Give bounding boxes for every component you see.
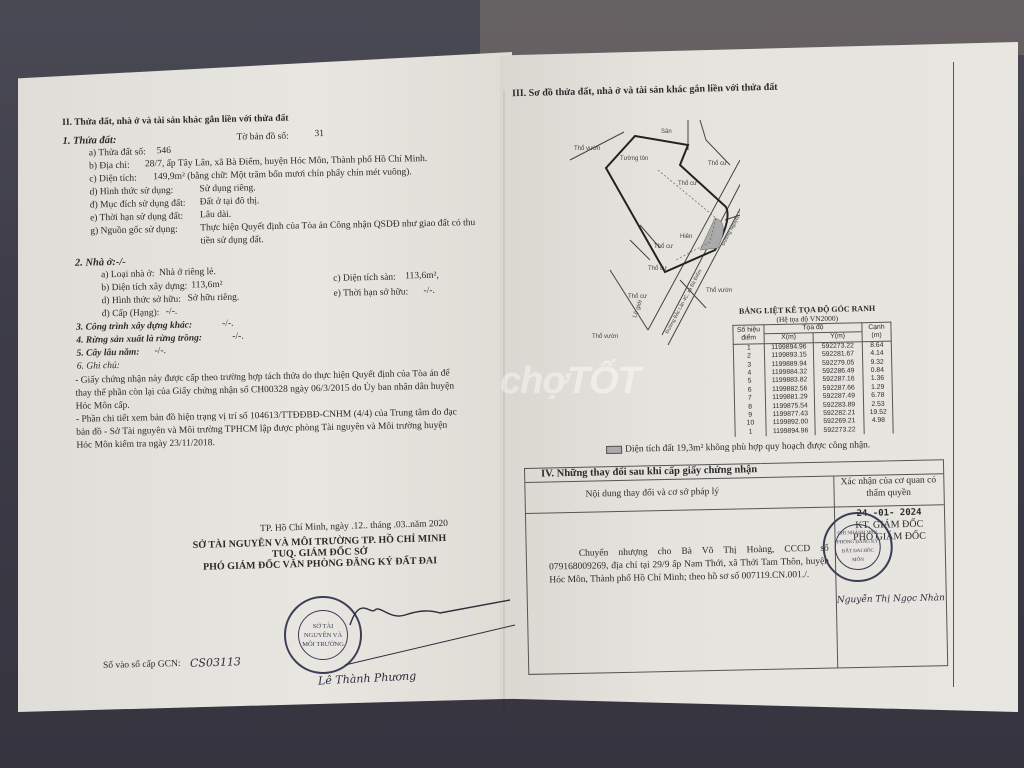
- coord-cell-point: 1: [735, 428, 766, 437]
- grade-value: -/-.: [166, 307, 178, 317]
- signature-block: TP. Hồ Chí Minh, ngày .12.. tháng .03..n…: [230, 519, 449, 572]
- usage-form-label: d) Hình thức sử dụng:: [89, 186, 173, 198]
- address-label: b) Địa chỉ:: [89, 161, 130, 172]
- purpose-label: đ) Mục đích sử dụng đất:: [90, 199, 186, 211]
- registry-label: Số vào sổ cấp GCN:: [103, 659, 181, 671]
- floor-area-label: c) Diện tích sàn:: [333, 273, 396, 284]
- map-label-tho-cu-3: Thổ cư: [654, 243, 673, 250]
- other-construction-value: -/-.: [222, 319, 234, 329]
- change-entry-content: Chuyển nhượng cho Bà Võ Thị Hoàng, CCCD …: [549, 543, 830, 588]
- land-heading: 1. Thửa đất:: [62, 135, 116, 147]
- parcel-value: 546: [157, 146, 171, 156]
- col-point-header: Số hiệu điểm: [733, 325, 764, 344]
- signature-stroke-left: [330, 595, 520, 675]
- coord-cell-y: 592273.22: [815, 426, 864, 435]
- build-area-value: 113,6m²: [191, 280, 222, 291]
- duration-label: e) Thời hạn sử dụng đất:: [90, 212, 183, 224]
- map-label-san: Sân: [661, 129, 672, 135]
- changes-col-content-header: Nội dung thay đổi và cơ sở pháp lý: [585, 487, 719, 500]
- coordinate-table: BẢNG LIỆT KÊ TỌA ĐỘ GÓC RANH (Hệ tọa độ …: [728, 304, 894, 438]
- house-heading: 2. Nhà ở:-/-: [75, 257, 126, 269]
- build-area-label: b) Diện tích xây dựng:: [101, 282, 187, 294]
- approval-signer: Nguyễn Thị Ngọc Nhàn: [836, 592, 946, 606]
- ownership-term-label: e) Thời hạn sở hữu:: [333, 287, 408, 298]
- map-label-tho-cu-4: Thổ cư: [648, 265, 667, 272]
- changes-section: IV. Những thay đổi sau khi cấp giấy chứn…: [524, 459, 948, 675]
- forest-value: -/-.: [232, 332, 244, 342]
- map-label-lo-gioi: Lộ giới: [632, 299, 644, 318]
- area-label: c) Diện tích:: [89, 174, 137, 185]
- perennial-label: 5. Cây lâu năm:: [77, 348, 140, 359]
- coord-cell-x: 1199894.96: [766, 427, 815, 436]
- map-label-hien: Hiên: [680, 234, 692, 240]
- map-label-tuong-ton: Tường tôn: [620, 156, 648, 162]
- ownership-term-value: -/-.: [423, 286, 435, 296]
- origin-label: g) Nguồn gốc sử dụng:: [90, 225, 178, 237]
- non-compliant-area: [700, 218, 723, 250]
- ownership-label: d) Hình thức sở hữu:: [102, 295, 181, 307]
- coord-cell-edge: [864, 425, 893, 434]
- map-label-tho-vuon-3: Thổ vườn: [592, 333, 618, 340]
- stamp-right-text: CHI NHÁNH VĂN PHÒNG ĐĂNG KÝ ĐẤT ĐAI HÓC …: [835, 529, 880, 566]
- map-sheet-label: Tờ bản đồ số:: [236, 132, 288, 143]
- legend-swatch-icon: [606, 446, 622, 454]
- usage-form-value: Sử dụng riêng.: [199, 183, 255, 194]
- map-label-tho-vuon-1: Thổ vườn: [574, 145, 600, 152]
- map-label-tho-cu-2: Thổ cư: [678, 180, 697, 187]
- changes-col-approval-header: Xác nhận của cơ quan có thẩm quyền: [833, 474, 943, 500]
- note-2: - Phần chi tiết xem bản đồ hiện trạng vị…: [76, 406, 462, 452]
- house-type-label: a) Loại nhà ở:: [101, 269, 154, 280]
- map-label-tho-vuon-2: Thổ vườn: [706, 287, 732, 294]
- purpose-value: Đất ở tại đô thị.: [200, 196, 260, 207]
- perennial-value: -/-.: [155, 346, 167, 356]
- map-label-street-bac-lan: Đường Bắc Lân 4C, xã Bà Điểm: [664, 268, 704, 335]
- area-value: 149,9m²: [153, 172, 185, 183]
- parcel-label: a) Thửa đất số:: [89, 147, 146, 158]
- map-sheet-value: 31: [314, 129, 324, 139]
- notes-heading: 6. Ghi chú:: [77, 361, 120, 372]
- map-label-tho-cu-1: Thổ cư: [708, 160, 727, 167]
- watermark-logo: chợTỐT: [500, 360, 640, 403]
- page-frame-border: [953, 62, 954, 687]
- ownership-value: Sở hữu riêng.: [188, 293, 240, 304]
- house-type-value: Nhà ở riêng lẻ.: [159, 267, 216, 278]
- registry-number: CS03113: [190, 655, 241, 670]
- floor-area-value: 113,6m²,: [405, 271, 439, 282]
- grade-label: đ) Cấp (Hạng):: [102, 308, 160, 319]
- col-edge-header: Cạnh (m): [862, 322, 891, 341]
- duration-value: Lâu dài.: [200, 210, 231, 221]
- map-label-tho-cu-5: Thổ cư: [628, 293, 647, 300]
- origin-value-line2: tiền sử dụng đất.: [200, 235, 263, 246]
- parcel-map: Thổ vườn Sân Thổ cư Thổ cư Tường tôn Hiê…: [540, 120, 740, 360]
